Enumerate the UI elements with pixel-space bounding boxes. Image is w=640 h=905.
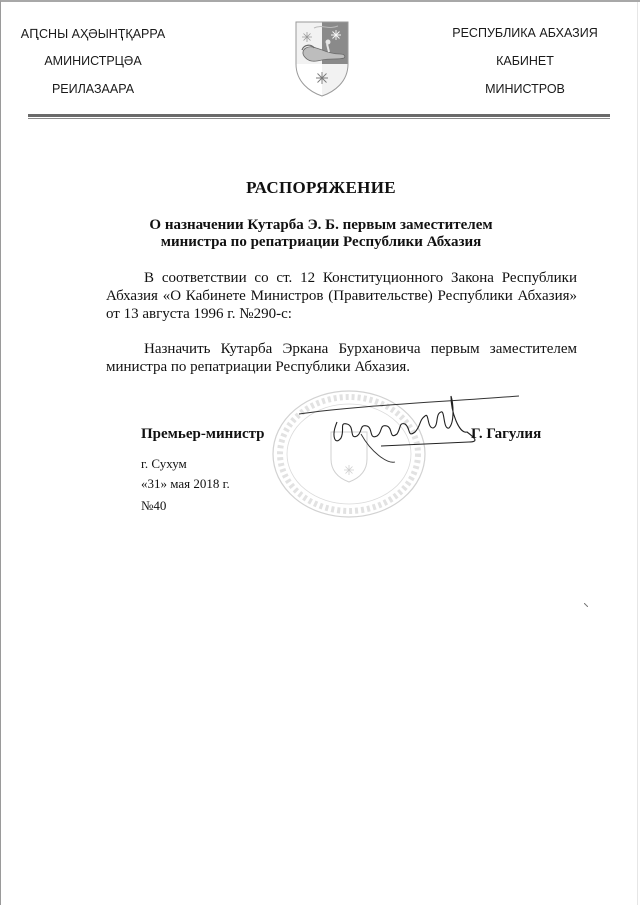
document-title: РАСПОРЯЖЕНИЕ <box>1 178 640 198</box>
coat-of-arms-icon <box>294 20 350 98</box>
document-subtitle: О назначении Кутарба Э. Б. первым замест… <box>1 217 640 251</box>
paragraph-legal-basis: В соответствии со ст. 12 Конституционног… <box>106 269 577 323</box>
header-right-line1: РЕСПУБЛИКА АБХАЗИЯ <box>452 26 597 40</box>
document-number: №40 <box>141 498 166 514</box>
header-left-line2: АМИНИСТРЦӘА <box>44 54 141 68</box>
signatory-position: Премьер-министр <box>141 426 265 443</box>
document-page: АԤСНЫ АҲӘЫНҬҚАРРА АМИНИСТРЦӘА РЕИЛАЗААРА <box>0 0 640 905</box>
paragraph-appointment: Назначить Кутарба Эркана Бурхановича пер… <box>106 340 577 376</box>
paragraph1-text: В соответствии со ст. 12 Конституционног… <box>106 270 577 322</box>
scan-speck <box>584 603 588 607</box>
header-divider-thick <box>28 114 610 117</box>
header-divider-thin <box>28 118 610 119</box>
issue-date: «31» мая 2018 г. <box>141 476 230 492</box>
header-right-line3: МИНИСТРОВ <box>485 82 565 96</box>
subtitle-line2: министра по репатриации Республики Абхаз… <box>1 234 640 251</box>
issue-city: г. Сухум <box>141 456 187 472</box>
page-edge <box>637 2 638 905</box>
paragraph2-text: Назначить Кутарба Эркана Бурхановича пер… <box>106 341 577 375</box>
header-left-line1: АԤСНЫ АҲӘЫНҬҚАРРА <box>21 26 165 41</box>
signatory-name: Г. Гагулия <box>471 426 541 443</box>
header-left-line3: РЕИЛАЗААРА <box>52 82 134 96</box>
subtitle-line1: О назначении Кутарба Э. Б. первым замест… <box>1 217 640 234</box>
header-right-line2: КАБИНЕТ <box>496 54 554 68</box>
